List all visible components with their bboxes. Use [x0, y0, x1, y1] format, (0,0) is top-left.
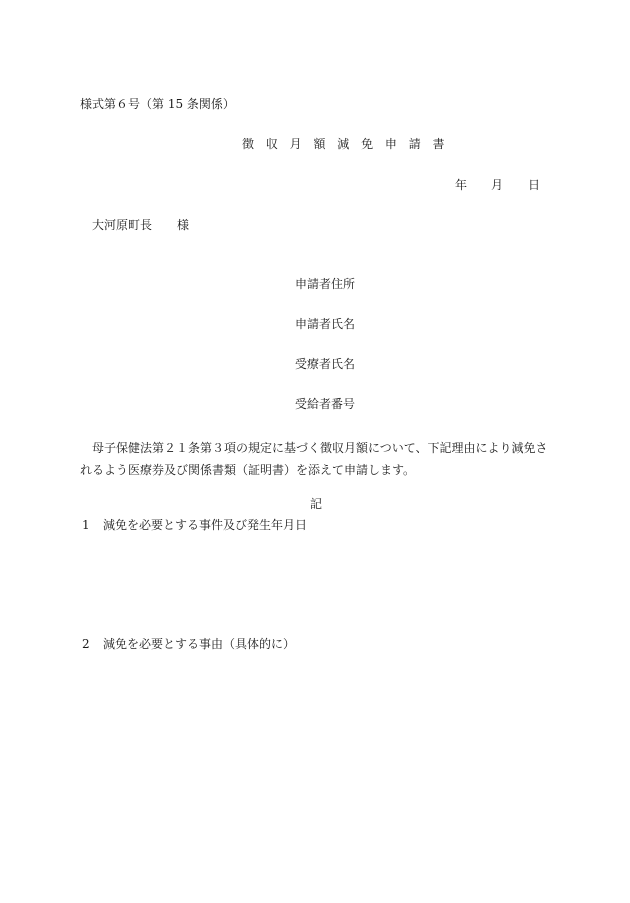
- date-year-label: 年: [455, 178, 467, 192]
- date-day-label: 日: [528, 178, 540, 192]
- document-title: 徴 収 月 額 減 免 申 請 書: [242, 137, 449, 151]
- item-1-number: 1: [82, 518, 90, 532]
- applicant-address-label: 申請者住所: [295, 277, 355, 291]
- applicant-name-label: 申請者氏名: [295, 317, 355, 331]
- form-number: 様式第６号（第 15 条関係）: [80, 97, 235, 111]
- patient-name-label: 受療者氏名: [295, 357, 355, 371]
- ki-heading: 記: [310, 497, 322, 511]
- item-2-text: 減免を必要とする事由（具体的に）: [103, 637, 295, 651]
- application-body-text: 母子保健法第２１条第３項の規定に基づく徴収月額について、下記理由により減免さ れ…: [80, 437, 560, 481]
- item-2-number: 2: [82, 637, 90, 651]
- recipient-number-label: 受給者番号: [295, 397, 355, 411]
- body-text-line-2: れるよう医療券及び関係書類（証明書）を添えて申請します。: [80, 459, 560, 481]
- addressee-honorific: 様: [177, 218, 189, 232]
- body-text-line-1: 母子保健法第２１条第３項の規定に基づく徴収月額について、下記理由により減免さ: [80, 437, 560, 459]
- date-month-label: 月: [491, 178, 503, 192]
- item-1-text: 減免を必要とする事件及び発生年月日: [103, 518, 307, 532]
- addressee-name: 大河原町長: [92, 218, 152, 232]
